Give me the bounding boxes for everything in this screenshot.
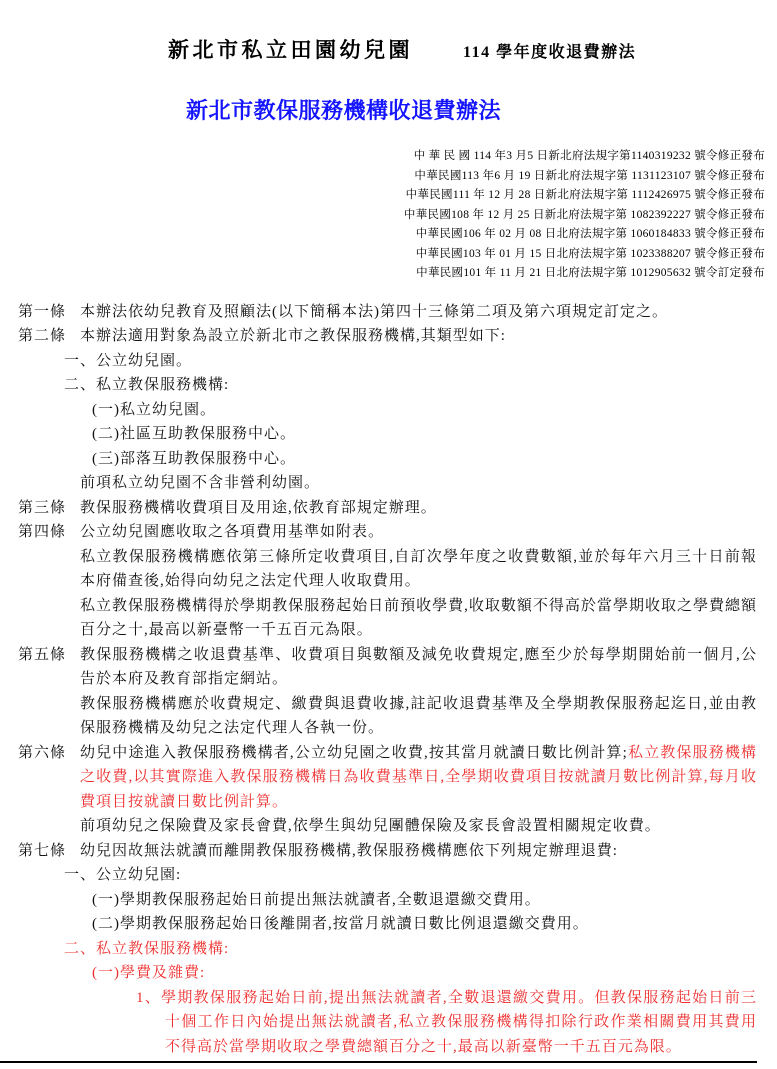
amendment-line: 中華民國106 年 02 月 08 日北府法規字第 1060184833 號令修… (0, 225, 765, 245)
sub-list-item: (三)部落互助教保服務中心。 (92, 447, 757, 472)
article-label: 第五條 (18, 643, 66, 668)
school-year-subtitle: 114 學年度收退費辦法 (463, 44, 636, 61)
list-item-red: 二、私立教保服務機構: (64, 937, 757, 962)
article-paragraph: 本辦法依幼兒教育及照顧法(以下簡稱本法)第四十三條第二項及第六項規定訂定之。 (80, 300, 757, 325)
amendment-line: 中華民國111 年 12 月 28 日新北府法規字第 1112426975 號令… (0, 186, 765, 206)
clause-black-text: 幼兒中途進入教保服務機構者,公立幼兒園之收費,按其當月就讀日數比例計算; (80, 745, 628, 761)
amendment-line: 中華民國113 年6 月 19 日新北府法規字第 1131123107 號令修正… (0, 167, 765, 187)
article-1: 第一條 本辦法依幼兒教育及照顧法(以下簡稱本法)第四十三條第二項及第六項規定訂定… (18, 300, 757, 325)
page-header: 新北市私立田園幼兒園114 學年度收退費辦法 (168, 34, 777, 64)
article-paragraph-mixed: 幼兒中途進入教保服務機構者,公立幼兒園之收費,按其當月就讀日數比例計算;私立教保… (80, 741, 757, 815)
article-6: 第六條 幼兒中途進入教保服務機構者,公立幼兒園之收費,按其當月就讀日數比例計算;… (18, 741, 757, 839)
list-item: 一、公立幼兒園。 (64, 349, 757, 374)
amendment-line: 中 華 民 國 114 年3 月5 日新北府法規字第1140319232 號令修… (0, 147, 765, 167)
article-label: 第一條 (18, 300, 66, 325)
article-paragraph: 幼兒因故無法就讀而離開教保服務機構,教保服務機構應依下列規定辦理退費: (80, 839, 757, 864)
page-bottom-rule (0, 1061, 757, 1063)
article-label: 第七條 (18, 839, 66, 864)
article-paragraph: 私立教保服務機構得於學期教保服務起始日前預收學費,收取數額不得高於當學期收取之學… (80, 594, 757, 643)
sub-list-item: (二)社區互助教保服務中心。 (92, 422, 757, 447)
list-item: 二、私立教保服務機構: (64, 373, 757, 398)
article-paragraph: 教保服務機構之收退費基準、收費項目與數額及減免收費規定,應至少於每學期開始前一個… (80, 643, 757, 692)
article-label: 第四條 (18, 520, 66, 545)
article-paragraph: 前項幼兒之保險費及家長會費,依學生與幼兒團體保險及家長會設置相關規定收費。 (80, 814, 757, 839)
numbered-item-red: 1、學期教保服務起始日前,提出無法就讀者,全數退還繳交費用。但教保服務起始日前三… (136, 986, 757, 1060)
article-7: 第七條 幼兒因故無法就讀而離開教保服務機構,教保服務機構應依下列規定辦理退費: … (18, 839, 757, 1060)
article-4: 第四條 公立幼兒園應收取之各項費用基準如附表。 私立教保服務機構應依第三條所定收… (18, 520, 757, 643)
article-paragraph: 私立教保服務機構應依第三條所定收費項目,自訂次學年度之收費數額,並於每年六月三十… (80, 545, 757, 594)
list-item: 一、公立幼兒園: (64, 863, 757, 888)
amendment-line: 中華民國101 年 11 月 21 日北府法規字第 1012905632 號令訂… (0, 264, 765, 284)
sub-list-item: (一)私立幼兒園。 (92, 398, 757, 423)
article-paragraph: 公立幼兒園應收取之各項費用基準如附表。 (80, 520, 757, 545)
sub-list-item: (二)學期教保服務起始日後離開者,按當月就讀日數比例退還繳交費用。 (92, 912, 757, 937)
articles-body: 第一條 本辦法依幼兒教育及照顧法(以下簡稱本法)第四十三條第二項及第六項規定訂定… (0, 300, 777, 1060)
document-page: 新北市私立田園幼兒園114 學年度收退費辦法 新北市教保服務機構收退費辦法 中 … (0, 0, 777, 1069)
amendment-line: 中華民國103 年 01 月 15 日北府法規字第 1023388207 號令修… (0, 245, 765, 265)
article-2: 第二條 本辦法適用對象為設立於新北市之教保服務機構,其類型如下: 一、公立幼兒園… (18, 324, 757, 496)
sub-list-item: (一)學期教保服務起始日前提出無法就讀者,全數退還繳交費用。 (92, 888, 757, 913)
document-title: 新北市教保服務機構收退費辦法 (186, 94, 777, 125)
article-label: 第六條 (18, 741, 66, 766)
sub-list-item-red: (一)學費及雜費: (92, 961, 757, 986)
article-paragraph: 本辦法適用對象為設立於新北市之教保服務機構,其類型如下: (80, 324, 757, 349)
article-paragraph: 教保服務機構應於收費規定、繳費與退費收據,註記收退費基準及全學期教保服務起迄日,… (80, 692, 757, 741)
school-name: 新北市私立田園幼兒園 (168, 38, 413, 62)
article-3: 第三條 教保服務機構收費項目及用途,依教育部規定辦理。 (18, 496, 757, 521)
amendment-line: 中華民國108 年 12 月 25 日新北府法規字第 1082392227 號令… (0, 206, 765, 226)
article-paragraph: 教保服務機構收費項目及用途,依教育部規定辦理。 (80, 496, 757, 521)
article-label: 第三條 (18, 496, 66, 521)
article-paragraph: 前項私立幼兒園不含非營利幼園。 (80, 471, 757, 496)
article-5: 第五條 教保服務機構之收退費基準、收費項目與數額及減免收費規定,應至少於每學期開… (18, 643, 757, 741)
article-label: 第二條 (18, 324, 66, 349)
amendment-history: 中 華 民 國 114 年3 月5 日新北府法規字第1140319232 號令修… (0, 147, 777, 284)
